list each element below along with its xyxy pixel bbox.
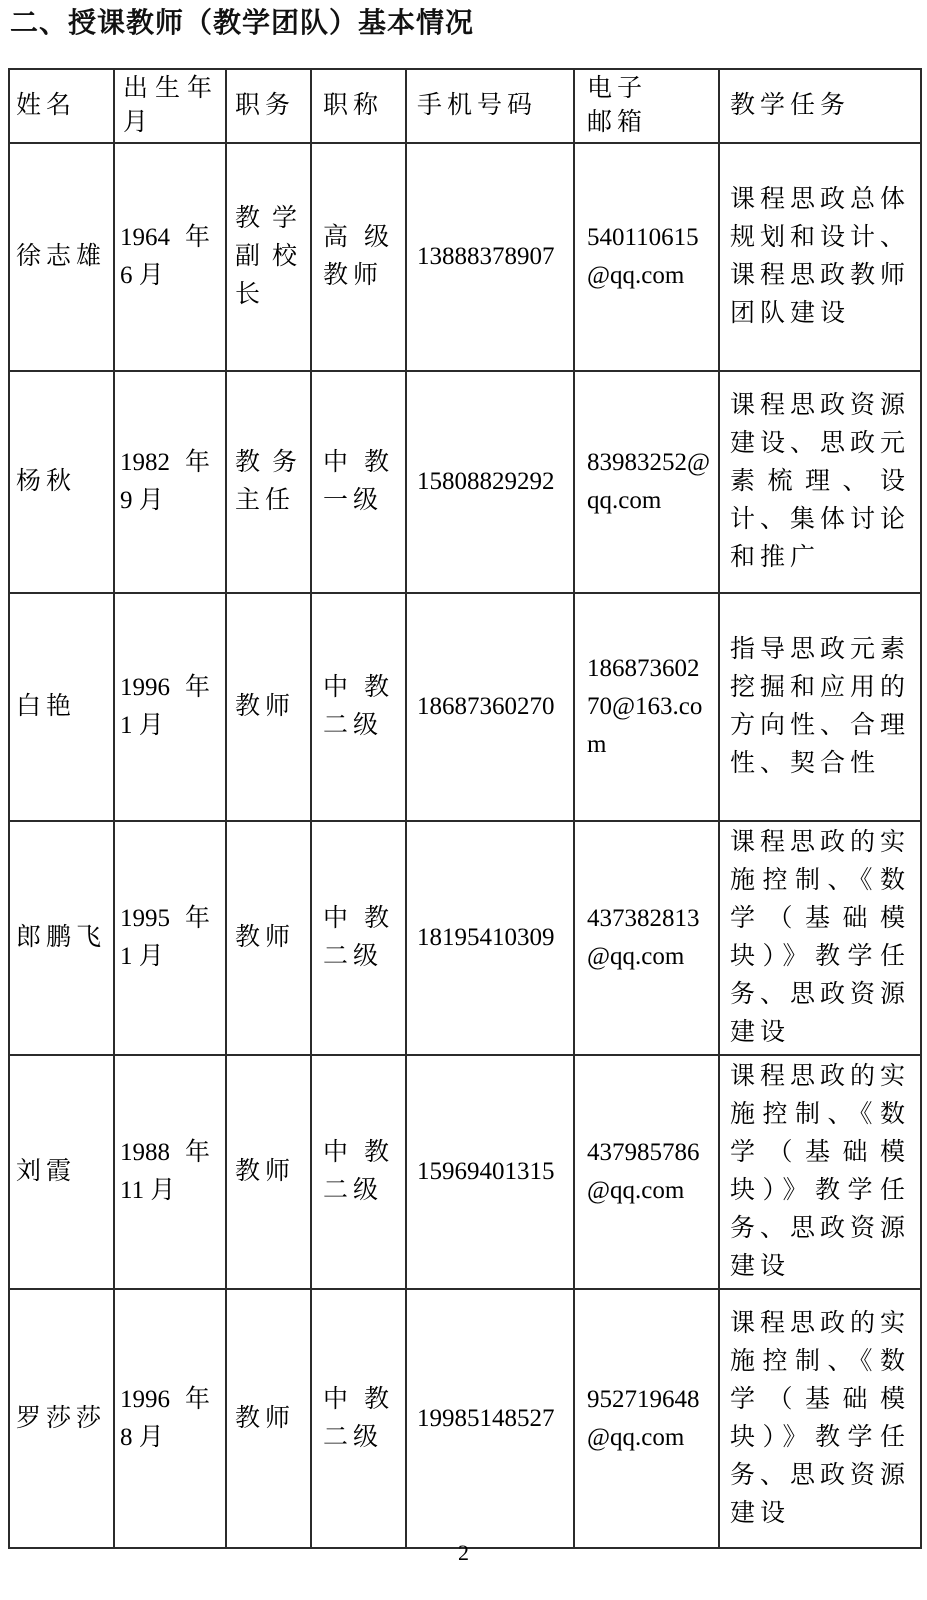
cell-duty: 教师 [226, 821, 311, 1055]
column-header-email: 电子 邮箱 [574, 69, 719, 143]
cell-task: 课程思政的实施控制、《数学（基础模块）》教学任务、思政资源建设 [719, 1055, 921, 1289]
cell-email: 437985786@qq.com [574, 1055, 719, 1289]
cell-duty: 教师 [226, 593, 311, 821]
cell-title: 中教一级 [311, 371, 406, 593]
column-header-task: 教学任务 [719, 69, 921, 143]
cell-birth: 1982 年 9 月 [114, 371, 226, 593]
cell-birth: 1995 年 1 月 [114, 821, 226, 1055]
cell-phone: 19985148527 [406, 1289, 574, 1548]
column-header-title: 职称 [311, 69, 406, 143]
cell-duty: 教务主任 [226, 371, 311, 593]
cell-name: 刘霞 [9, 1055, 114, 1289]
cell-email: 540110615@qq.com [574, 143, 719, 371]
cell-name: 郎鹏飞 [9, 821, 114, 1055]
cell-email: 952719648@qq.com [574, 1289, 719, 1548]
column-header-birth: 出生年月 [114, 69, 226, 143]
teacher-team-table: 姓名 出生年月 职务 职称 手机号码 电子 邮箱 教学任务 徐志雄1964 年 … [8, 68, 922, 1549]
cell-duty: 教师 [226, 1289, 311, 1548]
cell-email: 83983252@qq.com [574, 371, 719, 593]
section-title: 二、授课教师（教学团队）基本情况 [10, 6, 927, 40]
cell-title: 高级教师 [311, 143, 406, 371]
cell-birth: 1964 年 6 月 [114, 143, 226, 371]
cell-task: 课程思政的实施控制、《数学（基础模块）》教学任务、思政资源建设 [719, 1289, 921, 1548]
cell-birth: 1996 年 8 月 [114, 1289, 226, 1548]
cell-email: 18687360270@163.com [574, 593, 719, 821]
cell-name: 罗莎莎 [9, 1289, 114, 1548]
cell-title: 中教二级 [311, 1289, 406, 1548]
cell-task: 指导思政元素挖掘和应用的方向性、合理性、契合性 [719, 593, 921, 821]
cell-phone: 15969401315 [406, 1055, 574, 1289]
cell-email: 437382813@qq.com [574, 821, 719, 1055]
cell-task: 课程思政的实施控制、《数学（基础模块）》教学任务、思政资源建设 [719, 821, 921, 1055]
table-row: 罗莎莎1996 年 8 月教师中教二级19985148527952719648@… [9, 1289, 921, 1548]
column-header-phone: 手机号码 [406, 69, 574, 143]
page-number: 2 [0, 1539, 927, 1567]
cell-title: 中教二级 [311, 1055, 406, 1289]
column-header-duty: 职务 [226, 69, 311, 143]
cell-phone: 18687360270 [406, 593, 574, 821]
cell-phone: 15808829292 [406, 371, 574, 593]
cell-phone: 13888378907 [406, 143, 574, 371]
table-row: 白艳1996 年 1 月教师中教二级1868736027018687360270… [9, 593, 921, 821]
cell-birth: 1988 年 11 月 [114, 1055, 226, 1289]
cell-name: 徐志雄 [9, 143, 114, 371]
cell-name: 杨秋 [9, 371, 114, 593]
column-header-name: 姓名 [9, 69, 114, 143]
cell-name: 白艳 [9, 593, 114, 821]
cell-task: 课程思政总体规划和设计、课程思政教师团队建设 [719, 143, 921, 371]
table-header-row: 姓名 出生年月 职务 职称 手机号码 电子 邮箱 教学任务 [9, 69, 921, 143]
table-row: 徐志雄1964 年 6 月教学副校长高级教师138883789075401106… [9, 143, 921, 371]
cell-phone: 18195410309 [406, 821, 574, 1055]
table-body: 徐志雄1964 年 6 月教学副校长高级教师138883789075401106… [9, 143, 921, 1548]
cell-title: 中教二级 [311, 593, 406, 821]
table-row: 郎鹏飞1995 年 1 月教师中教二级18195410309437382813@… [9, 821, 921, 1055]
cell-title: 中教二级 [311, 821, 406, 1055]
table-row: 刘霞1988 年 11 月教师中教二级15969401315437985786@… [9, 1055, 921, 1289]
cell-task: 课程思政资源建设、思政元素梳理、设计、集体讨论和推广 [719, 371, 921, 593]
cell-duty: 教师 [226, 1055, 311, 1289]
table-row: 杨秋1982 年 9 月教务主任中教一级1580882929283983252@… [9, 371, 921, 593]
cell-birth: 1996 年 1 月 [114, 593, 226, 821]
cell-duty: 教学副校长 [226, 143, 311, 371]
